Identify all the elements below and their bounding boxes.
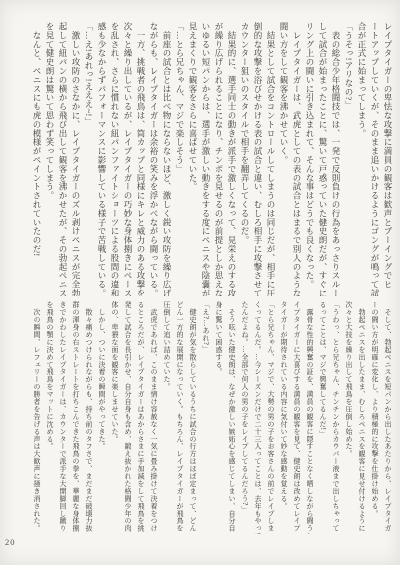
text-column: を乱され、さらに慣れない紐パンファイトショーツによる股間の違和	[108, 22, 121, 296]
text-column: ーの闘い方が明確に変化し、より積極的に攻撃を仕掛け始める。	[368, 301, 381, 534]
text-column: どん一方的な展開になっていく。もちろん、レイプタイガーが飛鳥を	[173, 301, 186, 534]
text-column: 「うそっ!アリなの?」	[342, 22, 355, 296]
text-column: リング上の闘いに引き込まれて、そんな事はどうでも良くなった。	[303, 22, 316, 296]
text-column: 露骨な性的興奮の証を、満員の観客に隠すことなく晒しながら闘うレ	[303, 301, 316, 534]
bottom-text-block: そして、勃起ペニスを短パンから出したあたりから、レイプタイガーの闘い方が明確に変…	[26, 301, 394, 534]
text-column: 「…とら兄ちゃん、マジで楽しそう」	[173, 22, 186, 296]
text-column: るところだが、レイプタイガーはあからさまに手加減をして飛鳥を挑	[134, 301, 147, 534]
text-column: 次々と大技を繰り出して飛鳥を圧倒し始めた。	[342, 301, 355, 534]
text-column: 健史朗が気を散らしているうちに試合の行方はほぼ定まって、どん	[186, 301, 199, 534]
text-column: 散々痛めつけられながらも、持ち前のタフさで、まだまだ破壊力抜	[82, 301, 95, 534]
text-column: 一方、挑戦者の飛鳥は、筒カップと同様にキレと威力のある攻撃を	[134, 22, 147, 296]
text-column: たんだよね。…全部で何人の男の子をレイプしてるんだろう?」	[238, 301, 251, 534]
text-column: 圧倒して追い詰めていた。	[160, 301, 173, 534]
text-column: 結果として試合をコントロールしてしまうのは同じだが、相手に圧	[264, 22, 277, 296]
novel-page-scan: レイプタイガーの卑怯な攻撃に満員の観客は歓声とブーイングでヒートアップしていくが…	[0, 0, 400, 565]
page-number: 20	[5, 537, 16, 547]
text-column: カウンター狙いのスタイルで相手を翻弄してくるのだ。	[238, 22, 251, 296]
text-column: 起して紐パンの横から飛び出して観客を沸かせたが、その勃起ペニス	[56, 22, 69, 296]
text-column: して試合が始まったことに、驚いて戸惑っていた健史朗だが、すぐに	[316, 22, 329, 296]
text-column: レイプタイガーは、武虎としての表の試合とはまるで別人のような	[290, 22, 303, 296]
text-column: 「…え!あれっ!えええ~!」	[82, 22, 95, 296]
text-column: ートアップしていくが、そのまま追いかけるようにゴングが鳴って試	[368, 22, 381, 296]
text-column: 身に驚いて困惑する。	[212, 301, 225, 534]
text-column: なんと、ペニスにも虎の模様がペイントされていたのだ!	[30, 22, 43, 296]
text-column: を見て健史朗は驚いて思わず笑ってしまう。	[43, 22, 56, 296]
text-column: 闘い方をして観客を沸かせていく。	[277, 22, 290, 296]
text-column: 表の総合少年格闘技では、一発で反則負けの行為をあっさりスルー	[329, 22, 342, 296]
text-column: を飛鳥の顎に決めて飛鳥をマットに沈める。	[43, 301, 56, 534]
text-column: 発して試合を長引かせ、自分自身も含め、鍛え抜かれた格闘少年の肉	[121, 301, 134, 534]
text-column: そして、勃起ペニスを短パンから出したあたりから、レイプタイガ	[381, 301, 394, 534]
text-column: 合が正式に始まってしまう。	[355, 22, 368, 296]
text-column: 見えまくりで観客をさらに喜ばせていた。	[186, 22, 199, 296]
text-column: るってことは、マジで興奮してるんだ!」	[316, 301, 329, 534]
text-column: 「え?…あれ?」	[199, 301, 212, 534]
text-column: 次の瞬間、レフェリーの勝者を告げる声は大歓声に掻き消された。	[30, 301, 43, 534]
text-column: きでかわしたレイプタイガーは、カウンターで派手な大開脚回し蹴り	[56, 301, 69, 534]
text-column: くってるんだ。…今シーズンだけで二十三人ってことは、去年もやって	[251, 301, 264, 534]
text-column: 体の、卑猥な面を観客に楽しませていた。	[108, 301, 121, 534]
text-column: 「うわっ、とら兄ちゃん、チンチンからカウパー液まで出しちゃって	[329, 301, 342, 534]
text-column: しかし、ついに決着の瞬間がやってきた。	[95, 301, 108, 534]
text-column: イプタイガーに大喜びする満員の観客を見て、健史朗は改めてレイプ	[290, 301, 303, 534]
text-column: そう呟いた健史朗は、なぜか激しい嫉妬心を感じてしまい、自分自	[225, 301, 238, 534]
text-column: が繰り広げられることになり、チンポを見せるのが前提としか思えな	[212, 22, 225, 296]
text-column: 激しい攻防のさなかに、レイプタイガーのズル剥けペニスが完全勃	[69, 22, 82, 296]
text-column: 武虎であれば、このまま情け容赦なく一気に畳み掛けて決着をつけ	[147, 301, 160, 534]
text-column: いゆるい短パンからは、選手が激しい動きをする度にペニスや陰嚢が	[199, 22, 212, 296]
text-column: タイガーが期待されている内容に気付いて妙な感動を覚える。	[277, 301, 290, 534]
text-column: 次々と繰り出しているが、レイプタイガーの巧妙な身体捌きにペース	[121, 22, 134, 296]
text-column: 「とら兄ちゃん、マジで、大勢の男の子をお客さんの前でレイプしま	[264, 301, 277, 534]
top-text-block: レイプタイガーの卑怯な攻撃に満員の観客は歓声とブーイングでヒートアップしていくが…	[26, 22, 394, 296]
text-column: 倒的な攻撃を浴びせかける表の試合と違い、むしろ相手に攻撃させて	[251, 22, 264, 296]
text-column: 勃起ペニスを出したまま、むしろペニスを観客に見せ付けるように	[355, 301, 368, 534]
text-column: 感も少なからずパフォーマンスに影響している様子で苦戦している。	[95, 22, 108, 296]
text-column: 結果的に、選手同士の動きが派手で激しくなって、見栄えのする攻防	[225, 22, 238, 296]
text-column: 群の渾身の右ストレートを打ちこんできた飛鳥の拳を、華麗な身体捌	[69, 301, 82, 534]
text-column: 前座の試合とは比べ物にならないほど、激しく鋭い攻防を繰り広げ	[160, 22, 173, 296]
text-column: ながらも、レイプタイガーは余裕の笑みを浮かべながら闘っている。	[147, 22, 160, 296]
text-column: レイプタイガーの卑怯な攻撃に満員の観客は歓声とブーイングでヒ	[381, 22, 394, 296]
